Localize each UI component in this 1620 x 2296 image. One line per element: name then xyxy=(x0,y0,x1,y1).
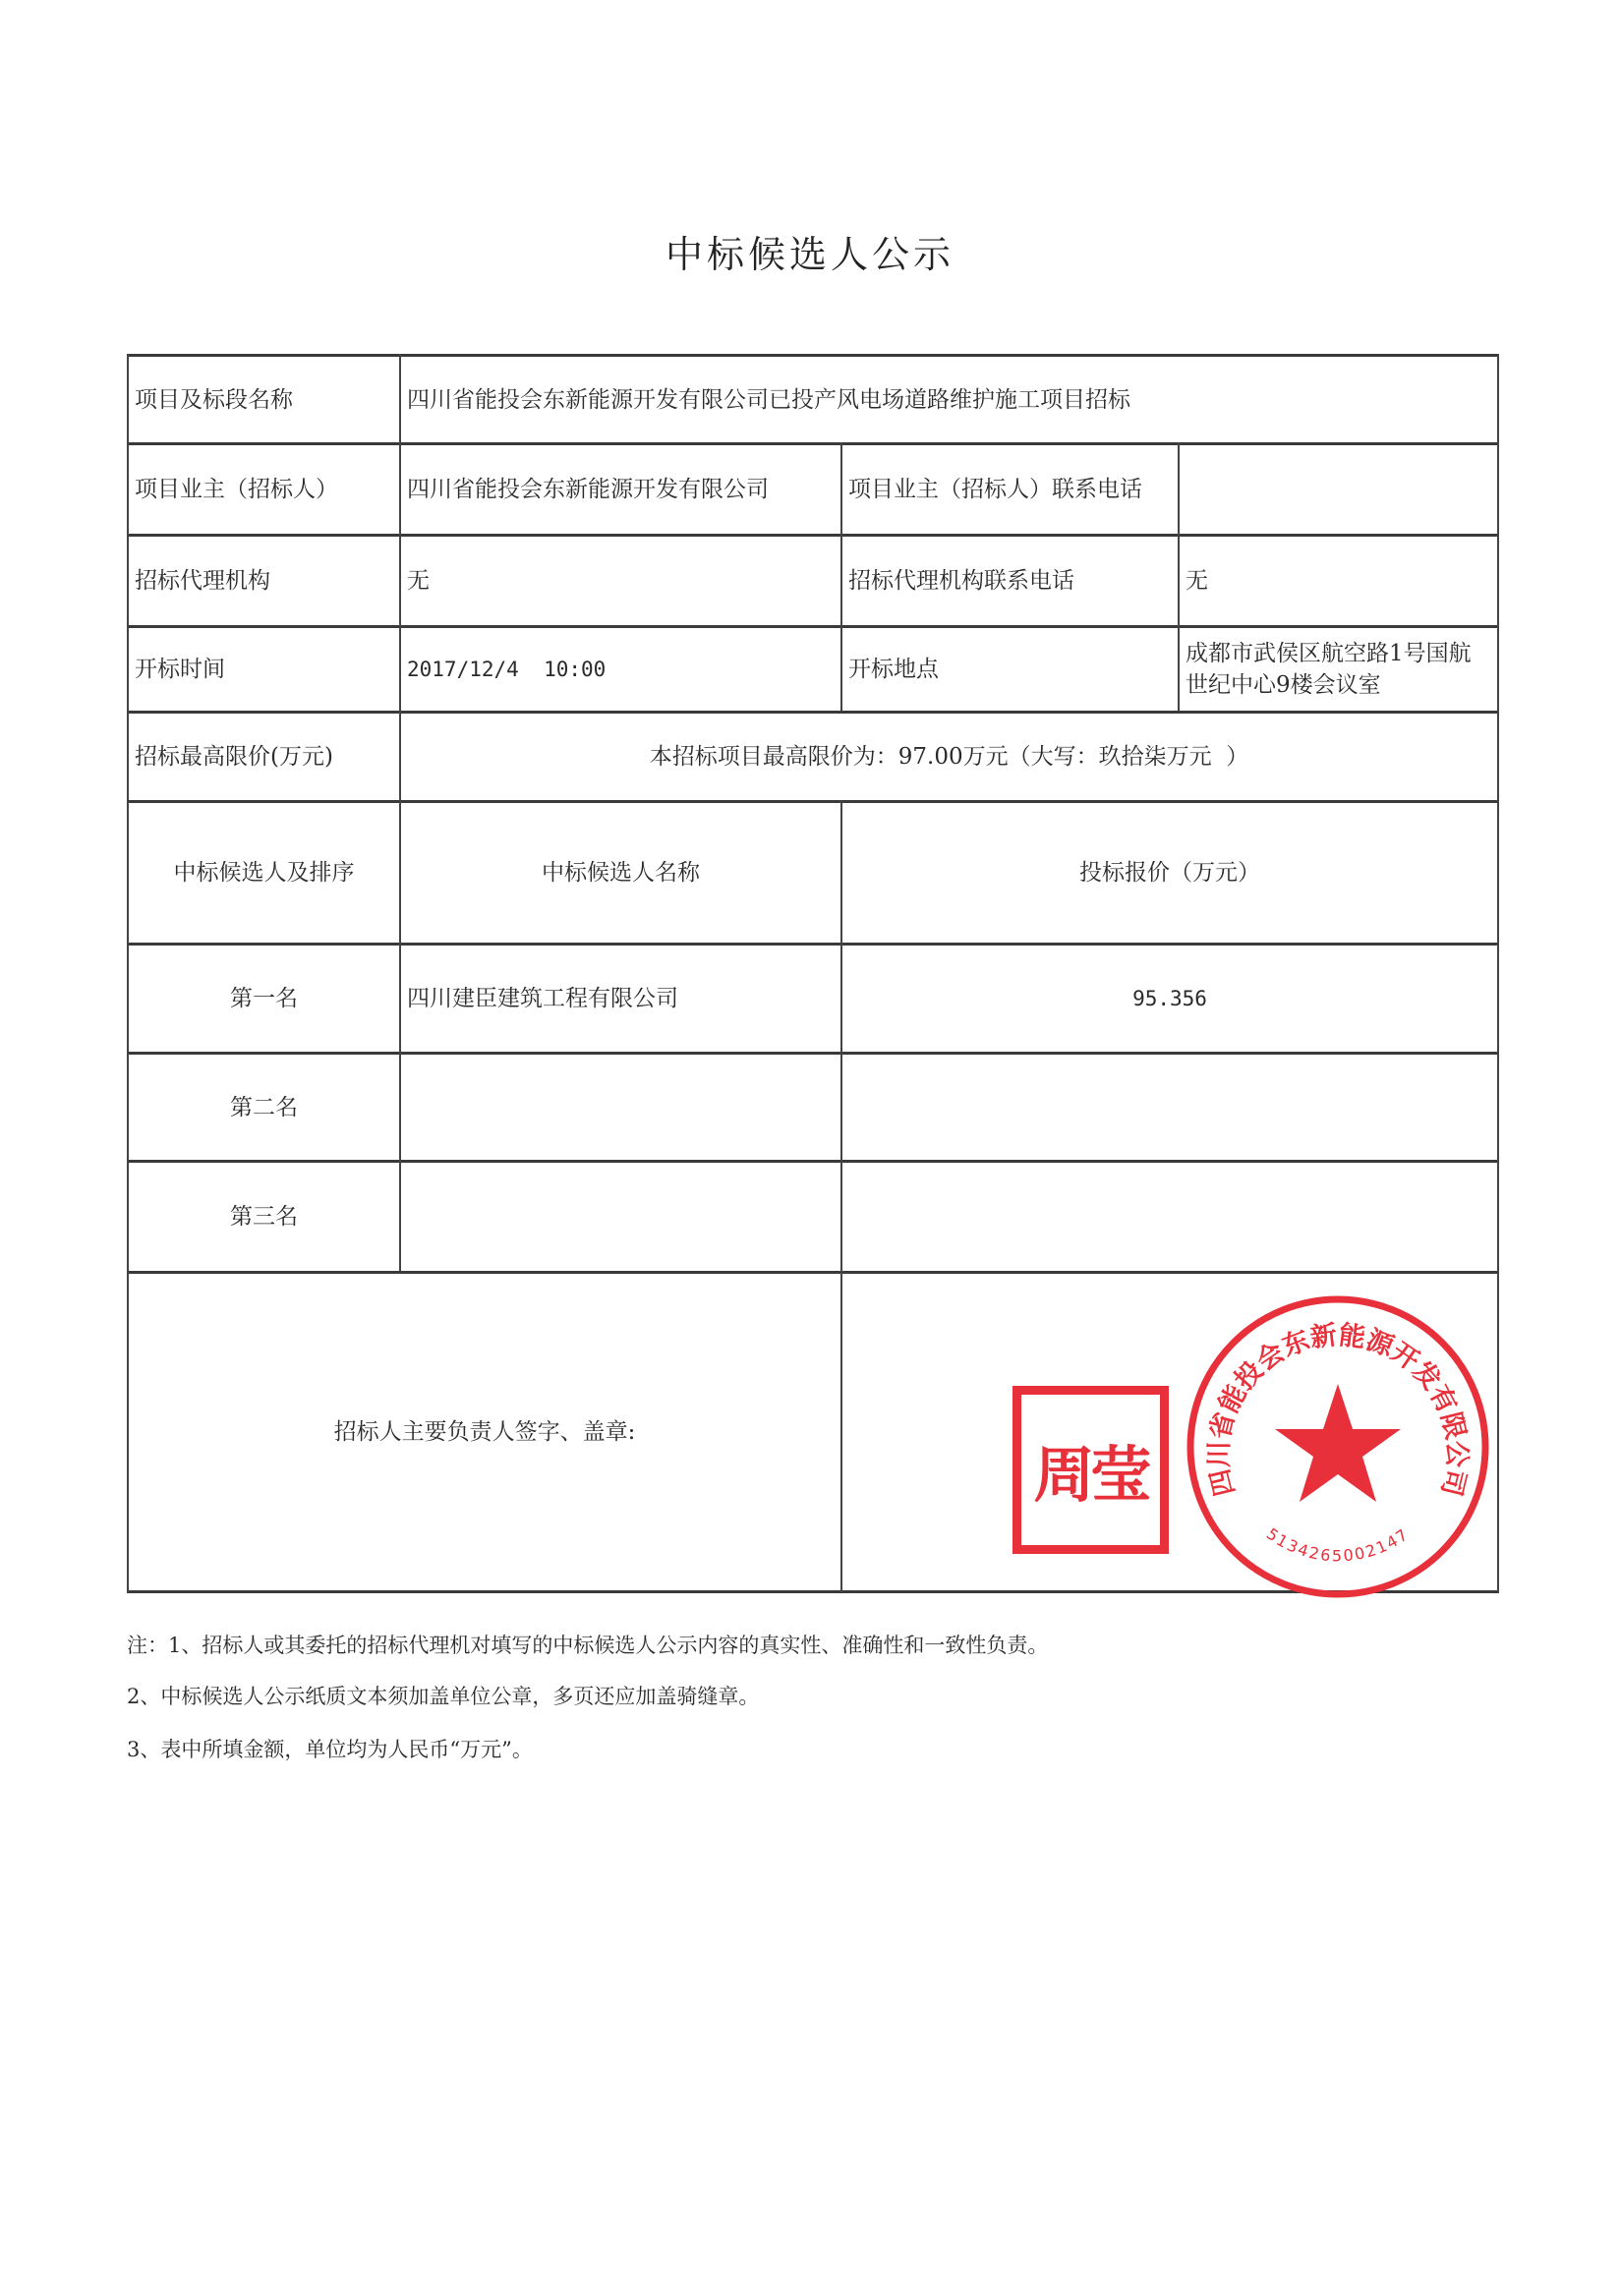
project-name-value: 四川省能投会东新能源开发有限公司已投产风电场道路维护施工项目招标 xyxy=(401,357,1497,442)
company-seal: 四川省能投会东新能源开发有限公司 5134265002147 xyxy=(1185,1293,1491,1600)
agency-label: 招标代理机构 xyxy=(129,537,399,625)
owner-label: 项目业主（招标人） xyxy=(129,445,399,534)
signature-label: 招标人主要负责人签字、盖章: xyxy=(129,1274,840,1590)
candidate-3-name xyxy=(401,1163,840,1271)
note-3: 3、表中所填金额，单位均为人民币“万元”。 xyxy=(127,1734,533,1763)
star-icon xyxy=(1275,1384,1401,1502)
note-2: 2、中标候选人公示纸质文本须加盖单位公章，多页还应加盖骑缝章。 xyxy=(127,1681,759,1710)
candidate-1-name: 四川建臣建筑工程有限公司 xyxy=(401,946,840,1052)
owner-phone-label: 项目业主（招标人）联系电话 xyxy=(842,445,1178,534)
open-time-label: 开标时间 xyxy=(129,628,399,711)
candidate-2-price xyxy=(842,1055,1497,1160)
agency-value: 无 xyxy=(401,537,840,625)
agency-phone-value: 无 xyxy=(1180,537,1497,625)
owner-phone-value xyxy=(1180,445,1497,534)
project-name-label: 项目及标段名称 xyxy=(129,357,399,442)
max-price-label: 招标最高限价(万元) xyxy=(129,714,399,800)
rank-1: 第一名 xyxy=(129,946,399,1052)
bid-price-header: 投标报价（万元） xyxy=(842,803,1497,943)
rank-3: 第三名 xyxy=(129,1163,399,1271)
open-place-label: 开标地点 xyxy=(842,628,1178,711)
rank-header: 中标候选人及排序 xyxy=(129,803,399,943)
owner-value: 四川省能投会东新能源开发有限公司 xyxy=(401,445,840,534)
max-price-value: 本招标项目最高限价为：97.00万元（大写：玖拾柒万元 ） xyxy=(401,714,1497,800)
document-title: 中标候选人公示 xyxy=(0,224,1620,278)
candidate-2-name xyxy=(401,1055,840,1160)
candidate-3-price xyxy=(842,1163,1497,1271)
table-border-right xyxy=(1497,354,1499,1592)
open-time-value: 2017/12/4 10:00 xyxy=(401,628,840,711)
agency-phone-label: 招标代理机构联系电话 xyxy=(842,537,1178,625)
svg-text:5134265002147: 5134265002147 xyxy=(1263,1524,1413,1565)
open-place-value: 成都市武侯区航空路1号国航世纪中心9楼会议室 xyxy=(1180,628,1497,711)
rank-2: 第二名 xyxy=(129,1055,399,1160)
candidate-1-price: 95.356 xyxy=(842,946,1497,1052)
note-1: 注：1、招标人或其委托的招标代理机对填写的中标候选人公示内容的真实性、准确性和一… xyxy=(127,1630,1048,1659)
personal-seal: 周莹 xyxy=(1012,1386,1169,1554)
candidate-name-header: 中标候选人名称 xyxy=(401,803,840,943)
company-seal-number: 5134265002147 xyxy=(1263,1524,1413,1565)
personal-seal-text: 周莹 xyxy=(1033,1426,1147,1514)
